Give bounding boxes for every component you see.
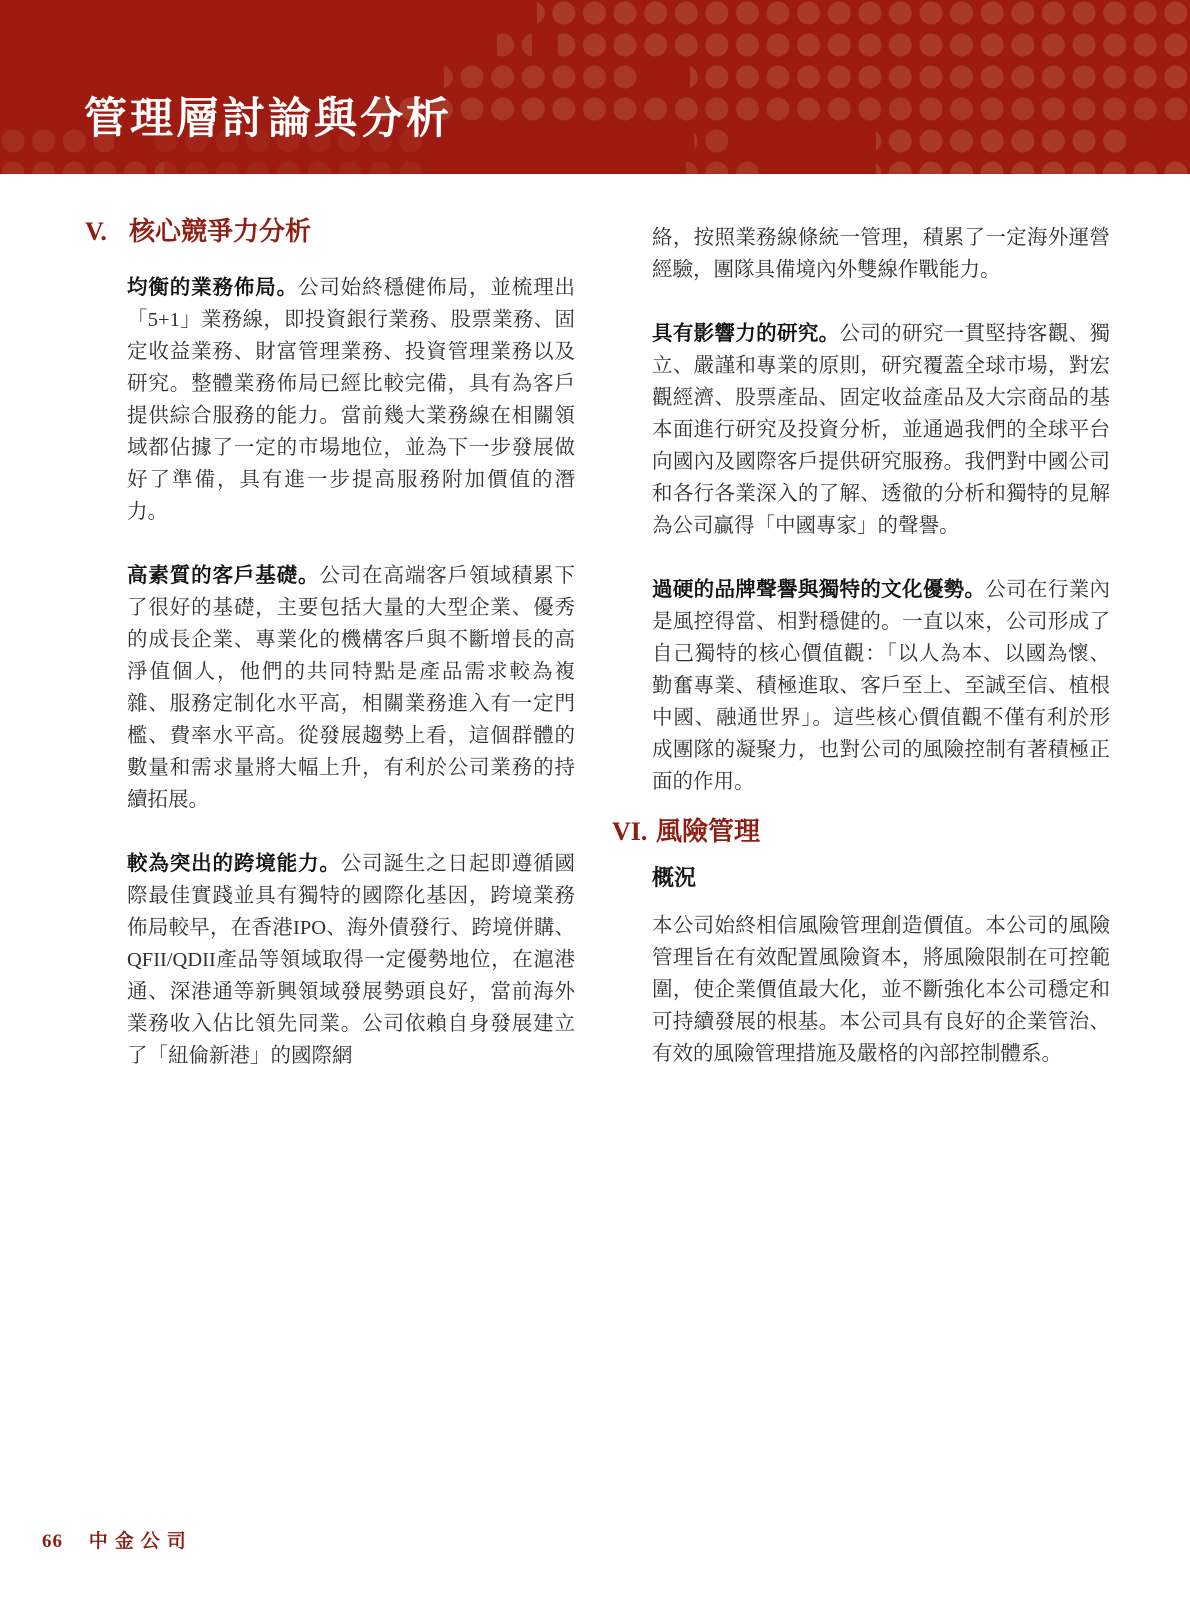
paragraph-lead: 較為突出的跨境能力。 <box>127 853 341 875</box>
paragraph-text: 公司誕生之日起即遵循國際最佳實踐並具有獨特的國際化基因，跨境業務佈局較早，在香港… <box>127 853 575 1067</box>
paragraph-influential-research: 具有影響力的研究。公司的研究一貫堅持客觀、獨立、嚴謹和專業的原則，研究覆蓋全球市… <box>652 318 1110 542</box>
paragraph-lead: 均衡的業務佈局。 <box>127 277 298 299</box>
paragraph-lead: 具有影響力的研究。 <box>652 323 840 345</box>
section-number: V. <box>85 214 129 250</box>
company-name: 中金公司 <box>89 1531 193 1552</box>
paragraph-lead: 過硬的品牌聲譽與獨特的文化優勢。 <box>652 579 985 601</box>
page-footer: 66 中金公司 <box>42 1526 193 1553</box>
paragraph-lead: 高素質的客戶基礎。 <box>127 565 319 587</box>
section-heading-risk-management: VI. 風險管理 <box>612 814 1114 850</box>
paragraph-text: 公司的研究一貫堅持客觀、獨立、嚴謹和專業的原則，研究覆蓋全球市場，對宏觀經濟、股… <box>652 323 1110 537</box>
paragraph-text: 公司在行業內是風控得當、相對穩健的。一直以來，公司形成了自己獨特的核心價值觀：「… <box>652 579 1110 793</box>
section-number: VI. <box>612 814 656 850</box>
risk-management-body: 概況 本公司始終相信風險管理創造價值。本公司的風險管理旨在有效配置風險資本，將風… <box>652 862 1110 1070</box>
subsection-title-overview: 概況 <box>652 862 1110 894</box>
left-column-paragraphs: 均衡的業務佈局。公司始終穩健佈局，並梳理出「5+1」業務線，即投資銀行業務、股票… <box>127 272 575 1072</box>
paragraph-client-base: 高素質的客戶基礎。公司在高端客戶領域積累下了很好的基礎，主要包括大量的大型企業、… <box>127 560 575 816</box>
paragraph-text: 公司始終穩健佈局，並梳理出「5+1」業務線，即投資銀行業務、股票業務、固定收益業… <box>127 277 575 523</box>
page-title: 管理層討論與分析 <box>84 96 452 143</box>
right-column: 絡，按照業務線條統一管理，積累了一定海外運營經驗，團隊具備境內外雙線作戰能力。 … <box>612 222 1114 1070</box>
paragraph-crossborder-capability: 較為突出的跨境能力。公司誕生之日起即遵循國際最佳實踐並具有獨特的國際化基因，跨境… <box>127 848 575 1072</box>
banner-dot-pattern <box>0 0 1190 174</box>
paragraph-continuation: 絡，按照業務線條統一管理，積累了一定海外運營經驗，團隊具備境內外雙線作戰能力。 <box>652 222 1110 286</box>
page-banner: 管理層討論與分析 <box>0 0 1190 174</box>
section-title: 核心競爭力分析 <box>129 214 311 250</box>
paragraph-text: 絡，按照業務線條統一管理，積累了一定海外運營經驗，團隊具備境內外雙線作戰能力。 <box>652 227 1110 281</box>
paragraph-risk-overview: 本公司始終相信風險管理創造價值。本公司的風險管理旨在有效配置風險資本，將風險限制… <box>652 910 1110 1070</box>
section-heading-core-competitiveness: V. 核心競爭力分析 <box>85 214 579 250</box>
left-column: V. 核心競爭力分析 均衡的業務佈局。公司始終穩健佈局，並梳理出「5+1」業務線… <box>85 214 579 1072</box>
page-number: 66 <box>42 1531 63 1552</box>
paragraph-balanced-business-layout: 均衡的業務佈局。公司始終穩健佈局，並梳理出「5+1」業務線，即投資銀行業務、股票… <box>127 272 575 528</box>
report-page: 管理層討論與分析 V. 核心競爭力分析 均衡的業務佈局。公司始終穩健佈局，並梳理… <box>0 0 1190 1615</box>
section-title: 風險管理 <box>656 814 760 850</box>
paragraph-text: 公司在高端客戶領域積累下了很好的基礎，主要包括大量的大型企業、優秀的成長企業、專… <box>127 565 575 811</box>
right-column-paragraphs: 絡，按照業務線條統一管理，積累了一定海外運營經驗，團隊具備境內外雙線作戰能力。 … <box>652 222 1110 798</box>
paragraph-brand-culture: 過硬的品牌聲譽與獨特的文化優勢。公司在行業內是風控得當、相對穩健的。一直以來，公… <box>652 574 1110 798</box>
